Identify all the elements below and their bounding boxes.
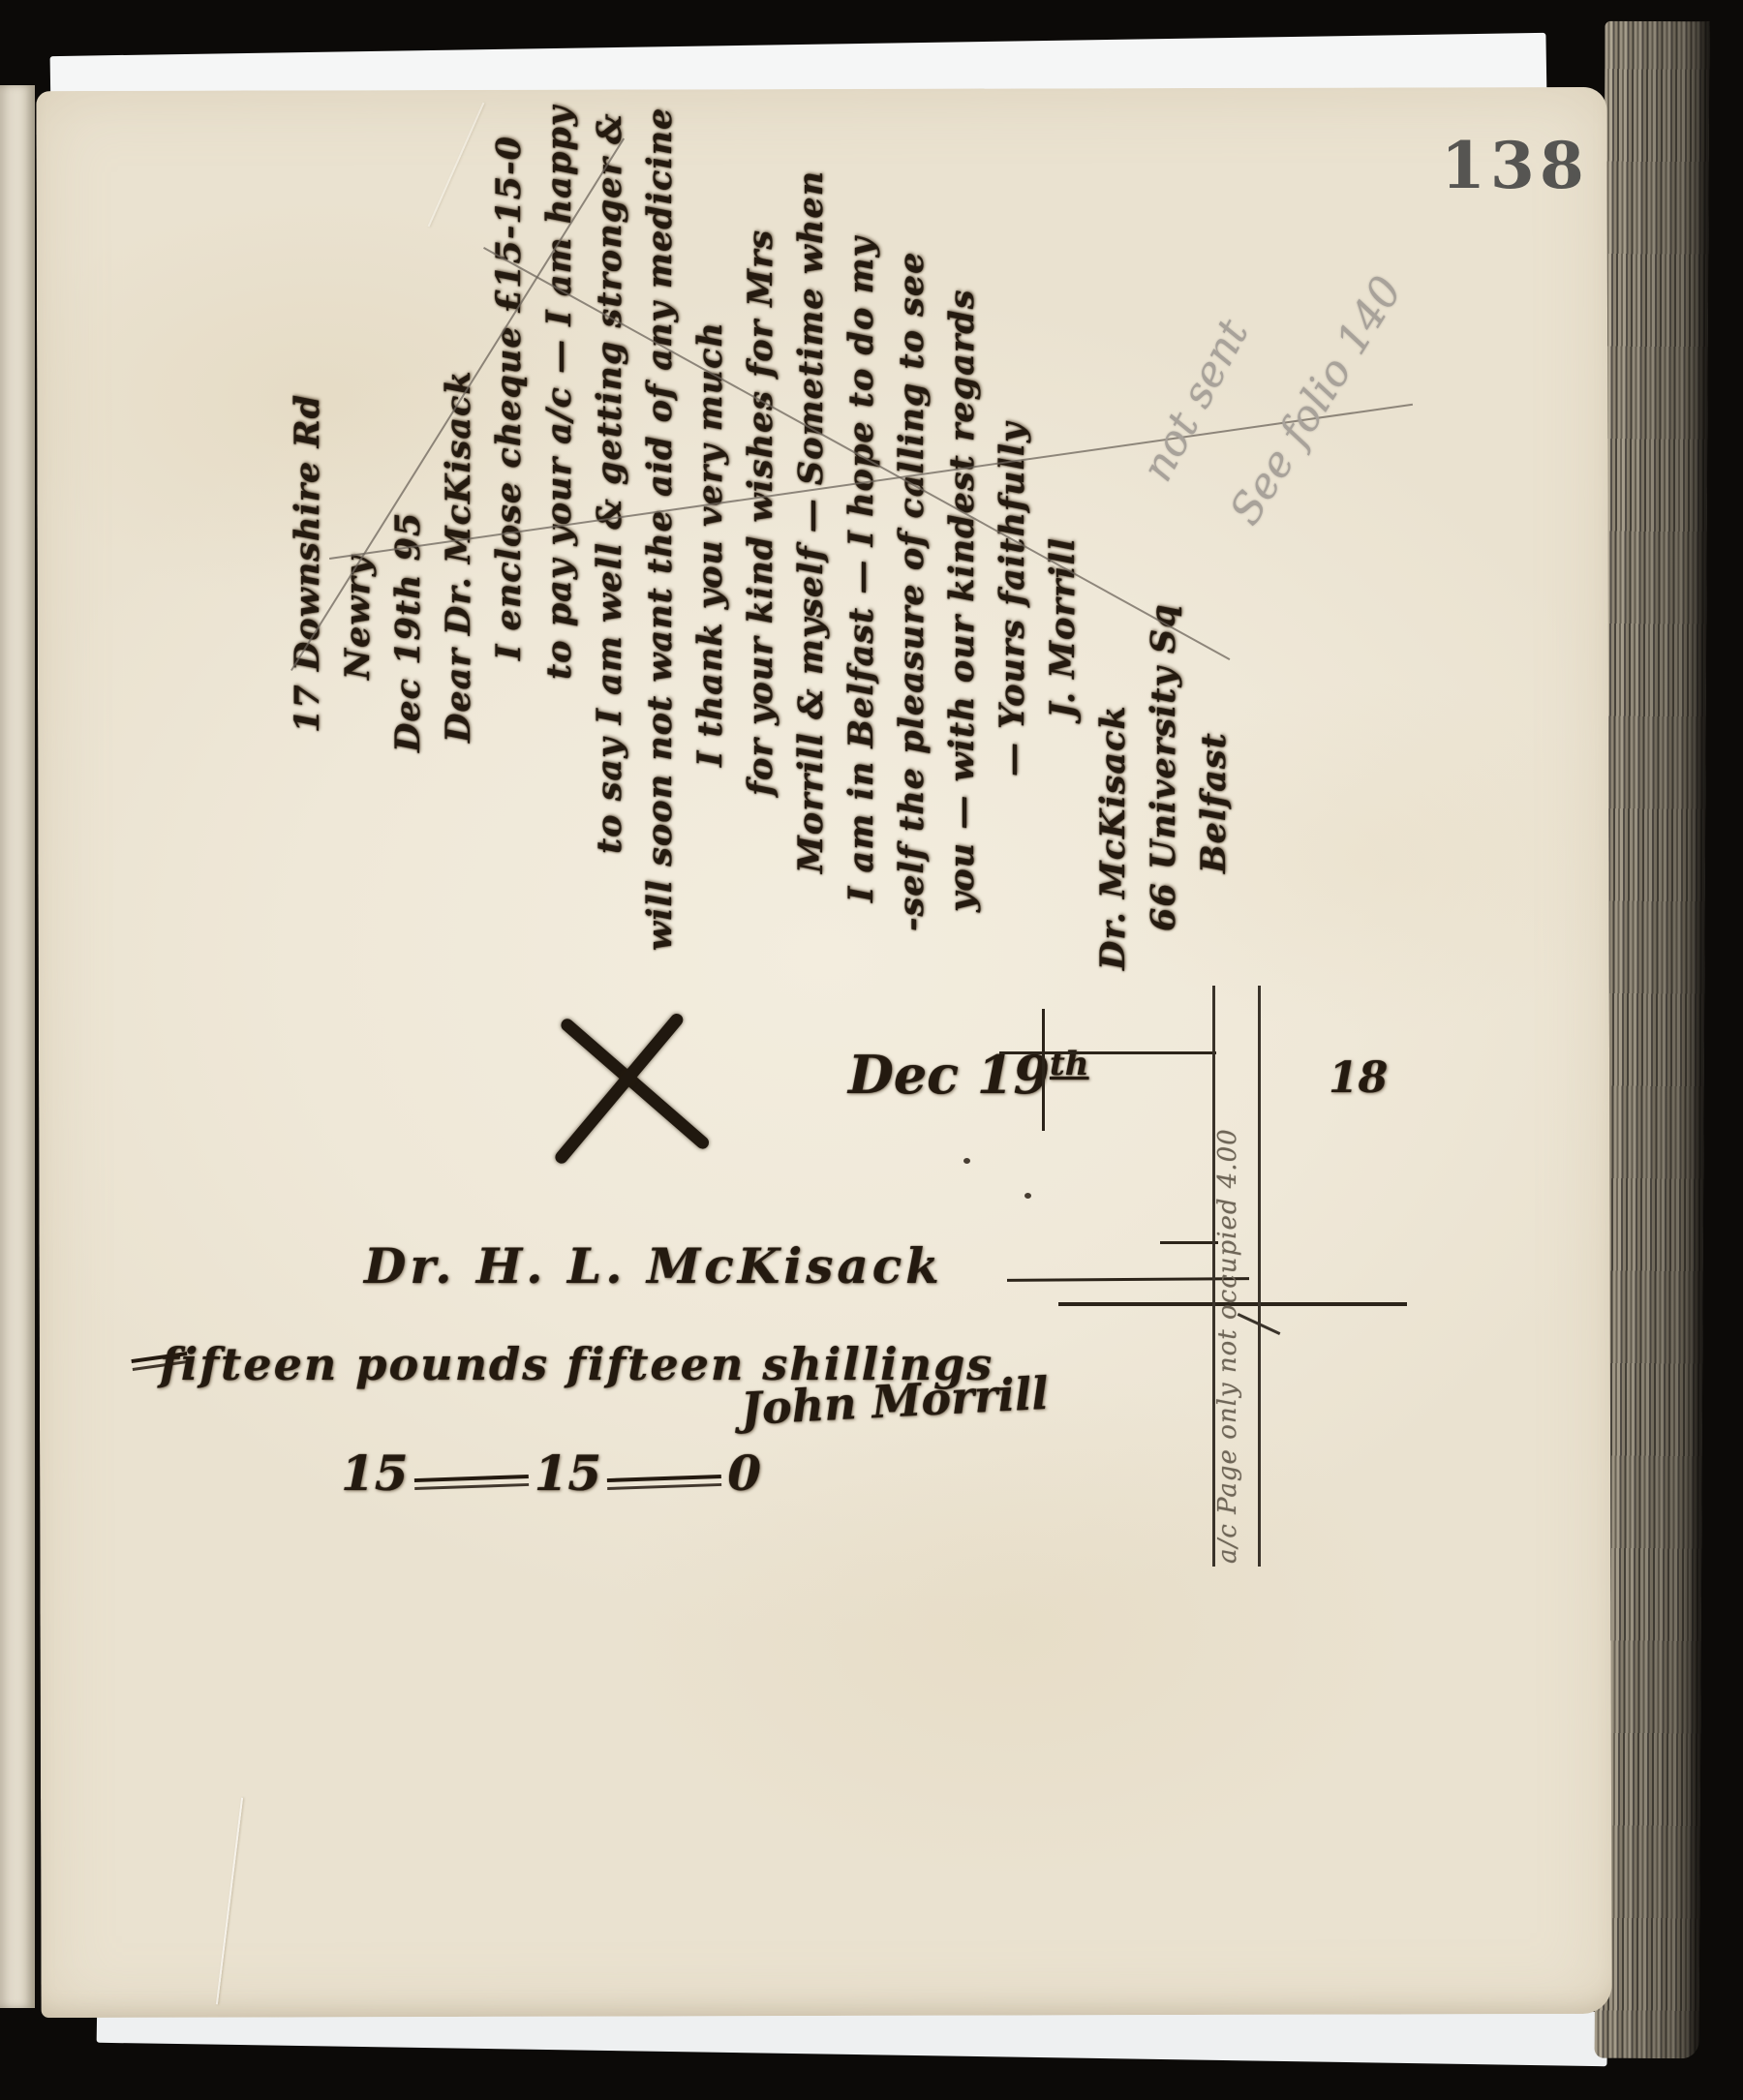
- letter-line: I enclose cheque £15-15-0: [484, 137, 535, 660]
- letter-line: I am in Belfast — I hope to do my: [837, 137, 887, 902]
- ink-speck: [963, 1158, 970, 1164]
- letter-line: Morrill & myself — Sometime when: [786, 137, 837, 873]
- letter-line: -self the pleasure of calling to see: [887, 137, 937, 931]
- letter-line: to pay your a/c — I am happy: [535, 137, 585, 680]
- amount-dash: [607, 1474, 721, 1489]
- ledger-amount-figures: 15 15 0: [341, 1445, 761, 1502]
- manuscript-scan: 138 17 Downshire Rd Newry Dec 19th 95 De…: [0, 0, 1743, 2100]
- letter-text-block: 17 Downshire Rd Newry Dec 19th 95 Dear D…: [283, 137, 1239, 989]
- letter-line: to say I am well & getting stronger &: [585, 137, 635, 854]
- amount-shillings: 15: [535, 1445, 602, 1502]
- letter-addressee-line: 66 University Sq: [1139, 137, 1189, 931]
- ledger-year-fragment: 18: [1329, 1053, 1388, 1103]
- letter-line: Dec 19th 95: [383, 137, 434, 752]
- letter-line: for your kind wishes for Mrs: [736, 137, 786, 796]
- amount-dash: [413, 1474, 528, 1489]
- cancellation-x-mark: [557, 1005, 721, 1150]
- amount-pounds: 15: [341, 1445, 409, 1502]
- letter-signature-line: J. Morrill: [1038, 137, 1088, 718]
- previous-page-edge: [0, 85, 35, 2008]
- letter-line: I thank you very much: [686, 137, 736, 767]
- book-fore-edge-pages: [1594, 21, 1709, 2059]
- letter-addressee-line: Dr. McKisack: [1088, 137, 1139, 970]
- date-rule-line: [999, 1051, 1216, 1054]
- letter-line: you — with our kindest regards: [937, 137, 988, 912]
- column-rule-right: [1258, 986, 1261, 1567]
- date-vertical-tick: [1042, 1009, 1045, 1131]
- column-note-text: a/c Page only not occupied 4.00: [1213, 1065, 1242, 1564]
- rotated-column-note: a/c Page only not occupied 4.00: [1211, 1065, 1258, 1564]
- ledger-date-ordinal: th: [1050, 1045, 1088, 1083]
- ink-speck: [1024, 1193, 1031, 1199]
- amount-pence: 0: [727, 1445, 761, 1502]
- page-number-stamp: 138: [1441, 128, 1589, 203]
- ledger-debtor-name: Dr. H. L. McKisack: [364, 1237, 943, 1294]
- letter-line: will soon not want the aid of any medici…: [635, 137, 686, 951]
- rotated-letter-copy: 17 Downshire Rd Newry Dec 19th 95 Dear D…: [283, 137, 1239, 989]
- letter-line: Dear Dr. McKisack: [434, 137, 484, 743]
- short-tick-line: [1160, 1241, 1218, 1244]
- letter-line: Newry: [333, 137, 383, 680]
